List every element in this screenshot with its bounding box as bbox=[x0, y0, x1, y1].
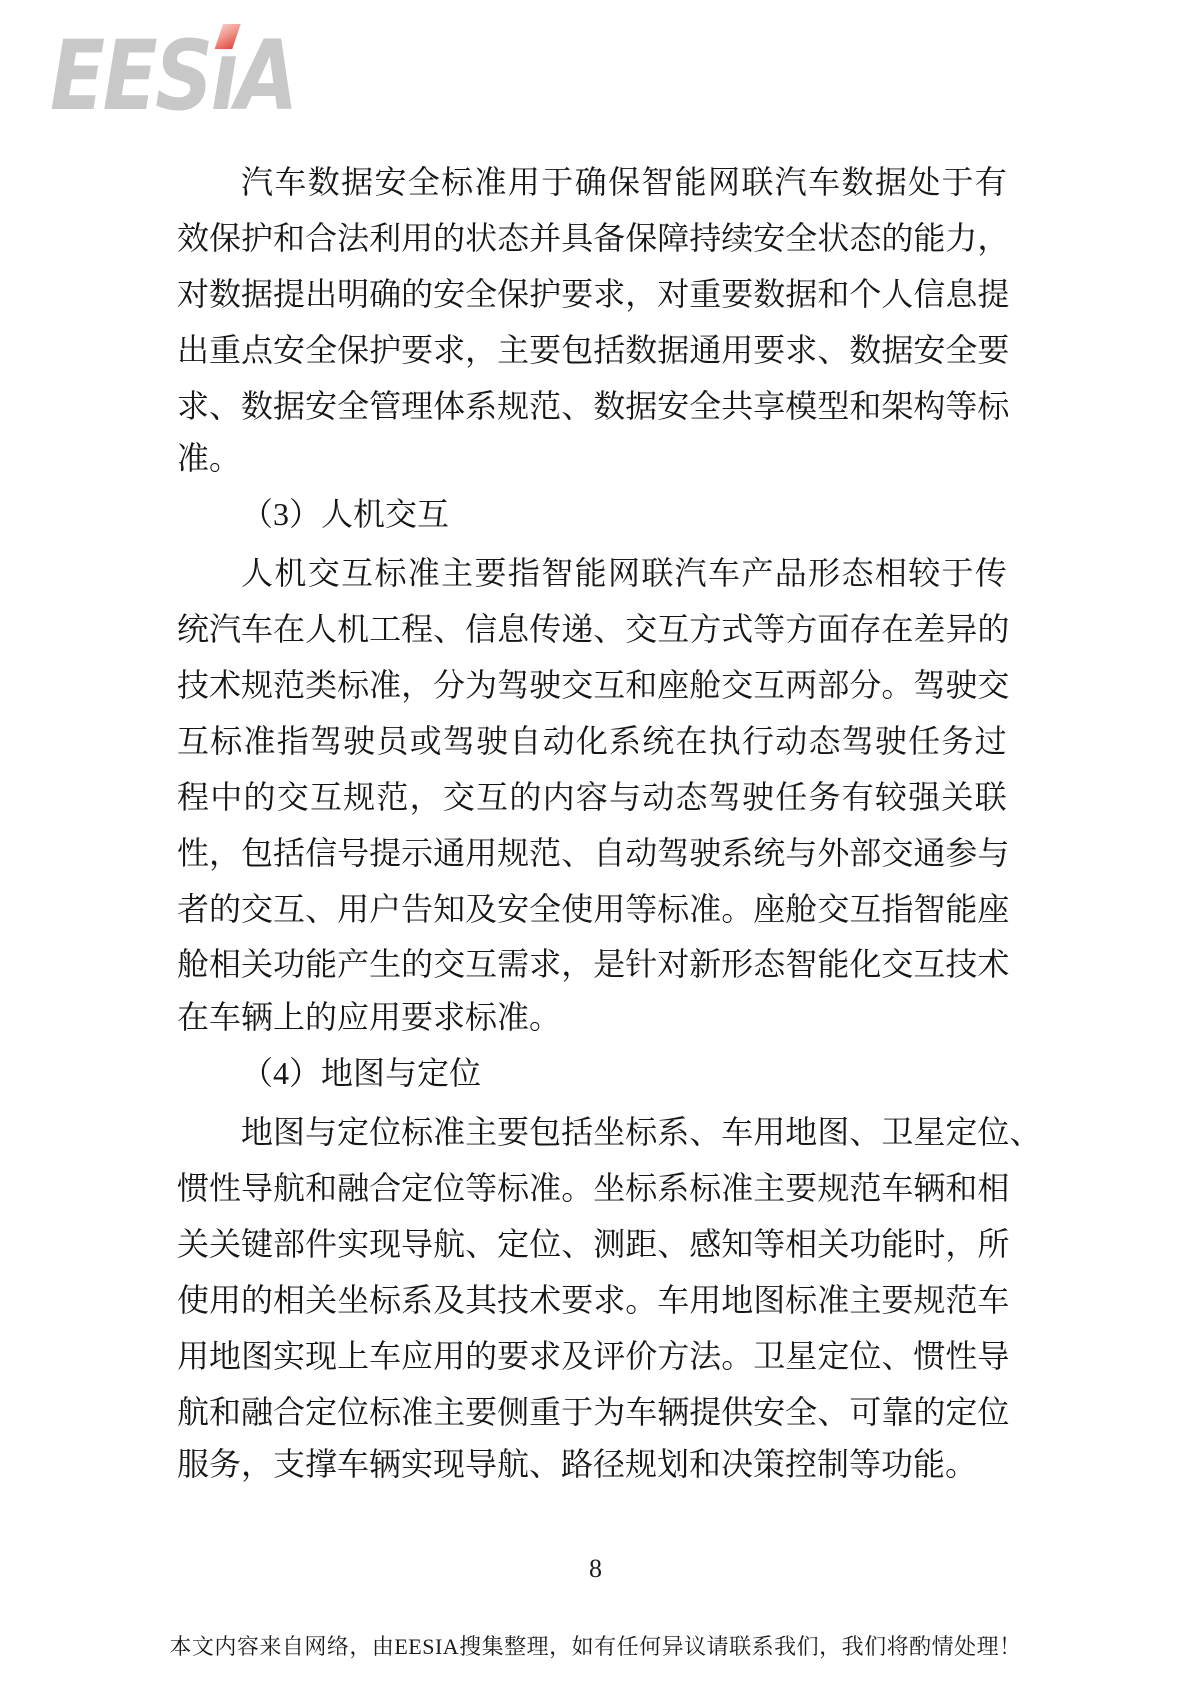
text-line: 汽车数据安全标准用于确保智能网联汽车数据处于有 bbox=[177, 152, 1007, 208]
section-heading: （3）人机交互 bbox=[177, 487, 1007, 543]
text-line: 服务，支撑车辆实现导航、路径规划和决策控制等功能。 bbox=[177, 1437, 1007, 1493]
text-line: 求、数据安全管理体系规范、数据安全共享模型和架构等标 bbox=[177, 376, 1007, 432]
logo-letters-pre: EES bbox=[50, 20, 211, 132]
section-heading: （4）地图与定位 bbox=[177, 1046, 1007, 1102]
text-line: 效保护和合法利用的状态并具备保障持续安全状态的能力， bbox=[177, 208, 1007, 264]
text-line: 对数据提出明确的安全保护要求，对重要数据和个人信息提 bbox=[177, 264, 1007, 320]
text-line: 程中的交互规范，交互的内容与动态驾驶任务有较强关联 bbox=[177, 767, 1007, 823]
text-line: 互标准指驾驶员或驾驶自动化系统在执行动态驾驶任务过 bbox=[177, 711, 1007, 767]
text-line: 准。 bbox=[177, 431, 1007, 487]
logo-letters-post: A bbox=[236, 20, 296, 132]
page-number: 8 bbox=[0, 1554, 1191, 1584]
text-line: 用地图实现上车应用的要求及评价方法。卫星定位、惯性导 bbox=[177, 1326, 1007, 1382]
text-line: 关关键部件实现导航、定位、测距、感知等相关功能时，所 bbox=[177, 1214, 1007, 1270]
eesia-logo: EESıA bbox=[50, 26, 296, 127]
text-line: 性，包括信号提示通用规范、自动驾驶系统与外部交通参与 bbox=[177, 823, 1007, 879]
text-line: 地图与定位标准主要包括坐标系、车用地图、卫星定位、 bbox=[177, 1102, 1007, 1158]
logo-letter-i: ı bbox=[211, 26, 236, 127]
text-line: 出重点安全保护要求，主要包括数据通用要求、数据安全要 bbox=[177, 320, 1007, 376]
text-line: 使用的相关坐标系及其技术要求。车用地图标准主要规范车 bbox=[177, 1270, 1007, 1326]
text-line: 者的交互、用户告知及安全使用等标准。座舱交互指智能座 bbox=[177, 879, 1007, 935]
document-body: 汽车数据安全标准用于确保智能网联汽车数据处于有 效保护和合法利用的状态并具备保障… bbox=[177, 152, 1007, 1493]
text-line: 舱相关功能产生的交互需求，是针对新形态智能化交互技术 bbox=[177, 934, 1007, 990]
text-line: 惯性导航和融合定位等标准。坐标系标准主要规范车辆和相 bbox=[177, 1158, 1007, 1214]
footer-disclaimer: 本文内容来自网络，由EESIA搜集整理，如有任何异议请联系我们，我们将酌情处理！ bbox=[0, 1630, 1191, 1661]
text-line: 航和融合定位标准主要侧重于为车辆提供安全、可靠的定位 bbox=[177, 1382, 1007, 1438]
text-line: 在车辆上的应用要求标准。 bbox=[177, 990, 1007, 1046]
text-line: 人机交互标准主要指智能网联汽车产品形态相较于传 bbox=[177, 543, 1007, 599]
text-line: 统汽车在人机工程、信息传递、交互方式等方面存在差异的 bbox=[177, 599, 1007, 655]
document-page: { "logo": { "name": "EESIA", "parts": { … bbox=[0, 0, 1191, 1684]
text-line: 技术规范类标准，分为驾驶交互和座舱交互两部分。驾驶交 bbox=[177, 655, 1007, 711]
